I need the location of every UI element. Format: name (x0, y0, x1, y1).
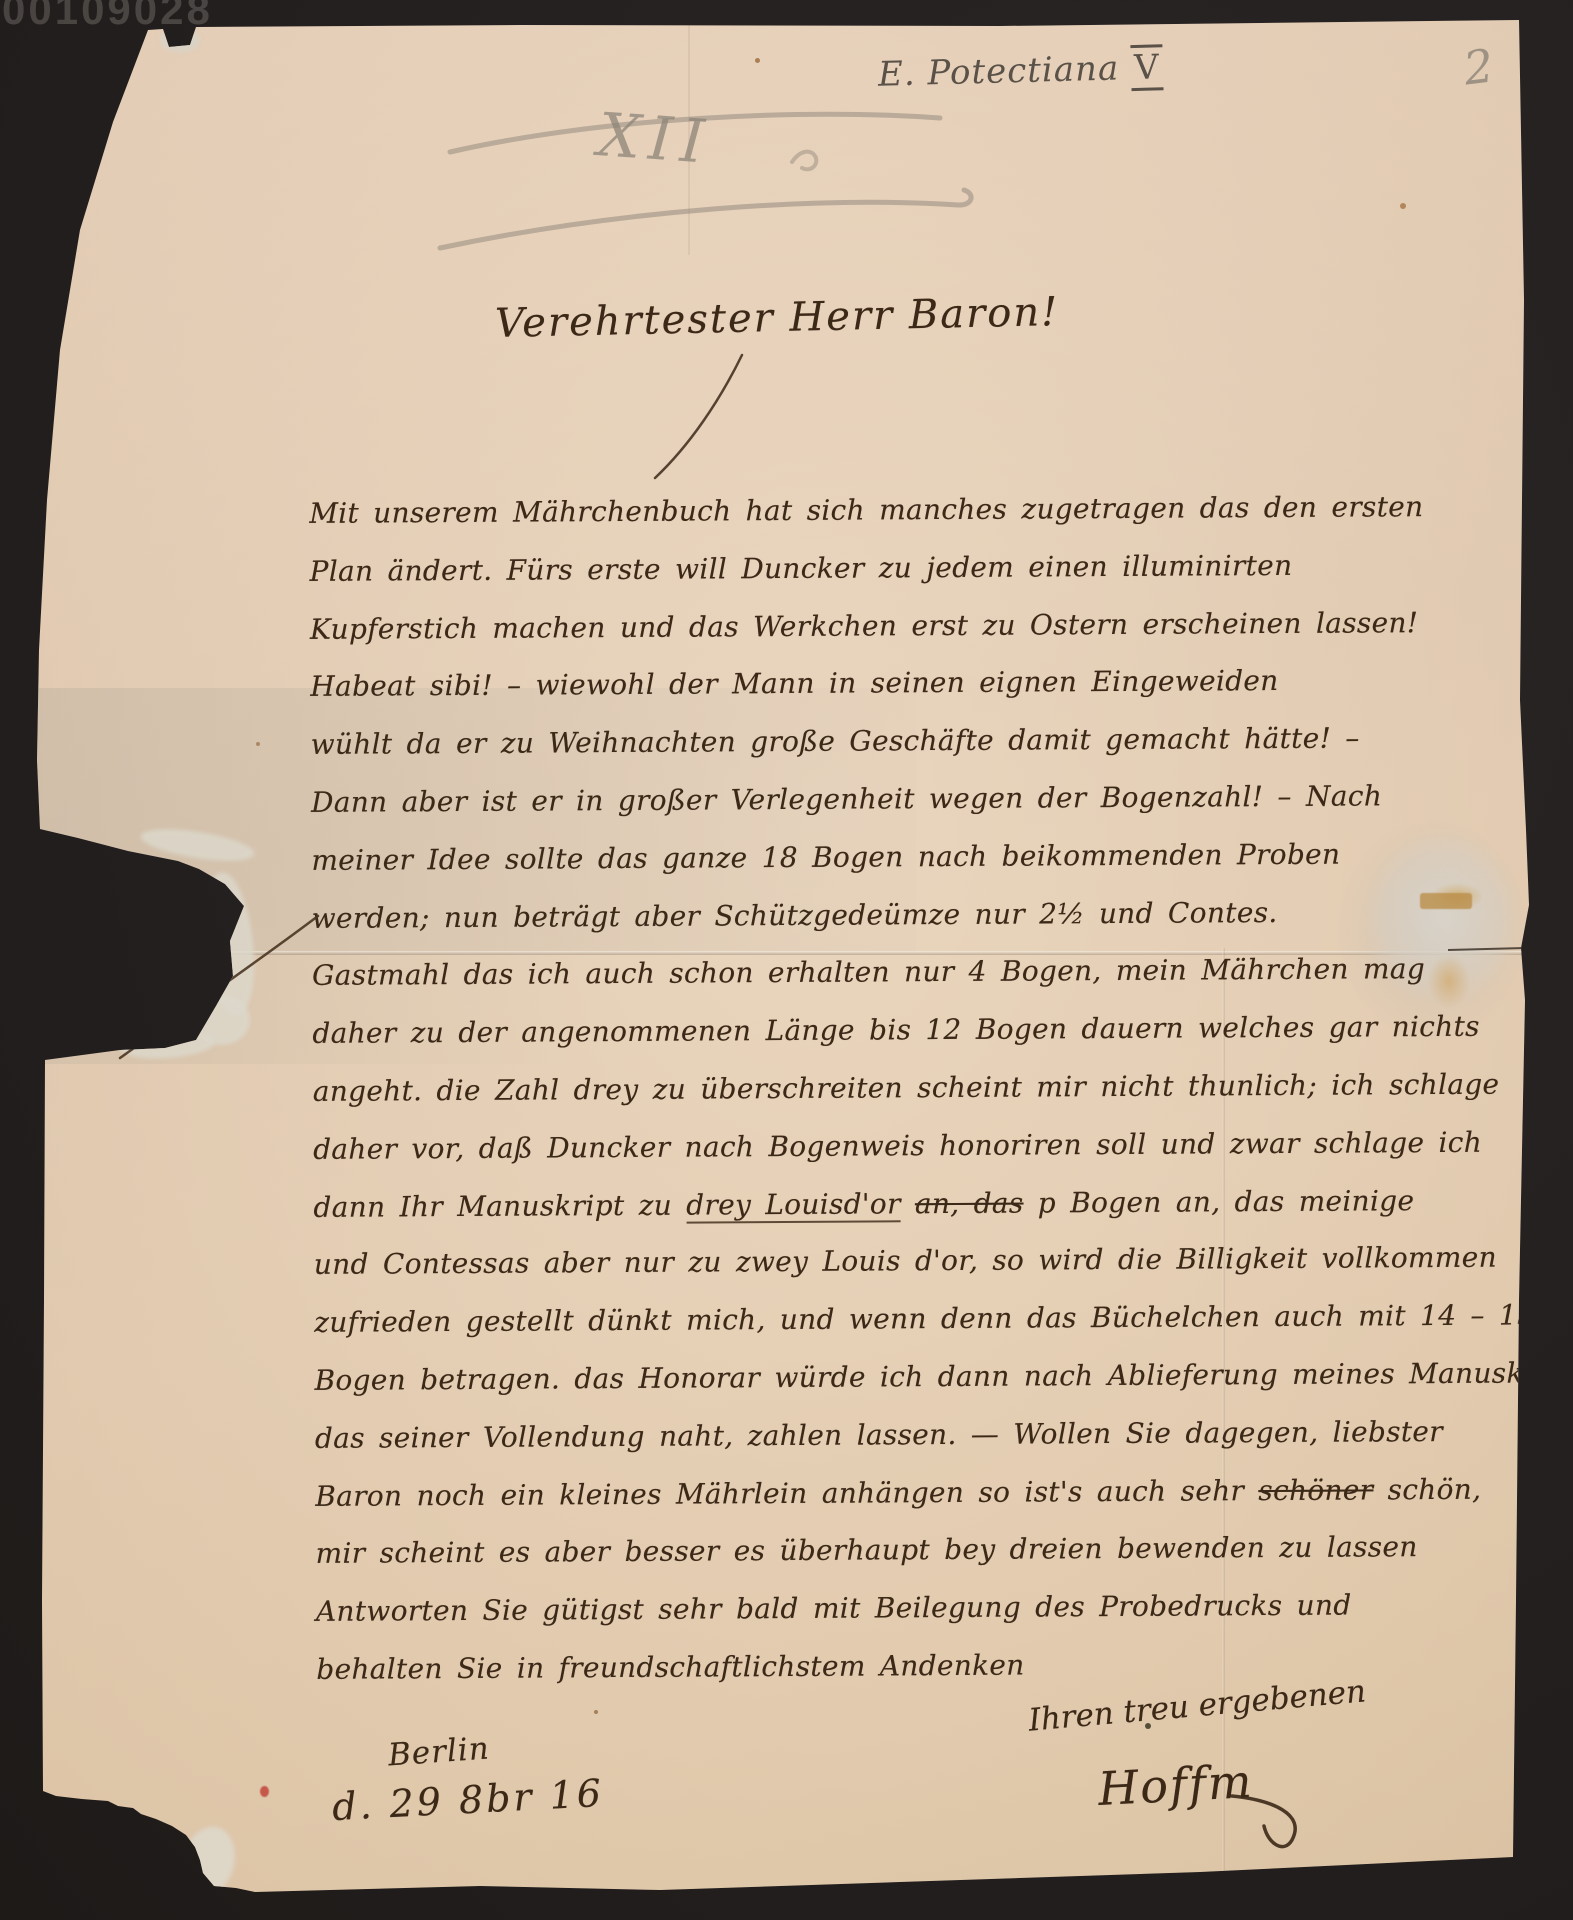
scanner-corner-number: 00109028 (2, 0, 213, 34)
stray-ink-stroke (120, 916, 318, 1058)
salutation-descender-stroke (655, 355, 742, 478)
scanned-letter-page: 00109028 E. PotectianaV 2 XII Verehrtest… (0, 0, 1573, 1920)
pencil-flourish-upper (450, 114, 940, 152)
pencil-flourish-lower (440, 190, 971, 248)
letter-paper-sheet: E. PotectianaV 2 XII Verehrtester Herr B… (0, 0, 1573, 1920)
signature-flourish (1232, 1796, 1295, 1847)
flourish-strokes-layer (0, 0, 1573, 1920)
pencil-hook (792, 152, 816, 170)
